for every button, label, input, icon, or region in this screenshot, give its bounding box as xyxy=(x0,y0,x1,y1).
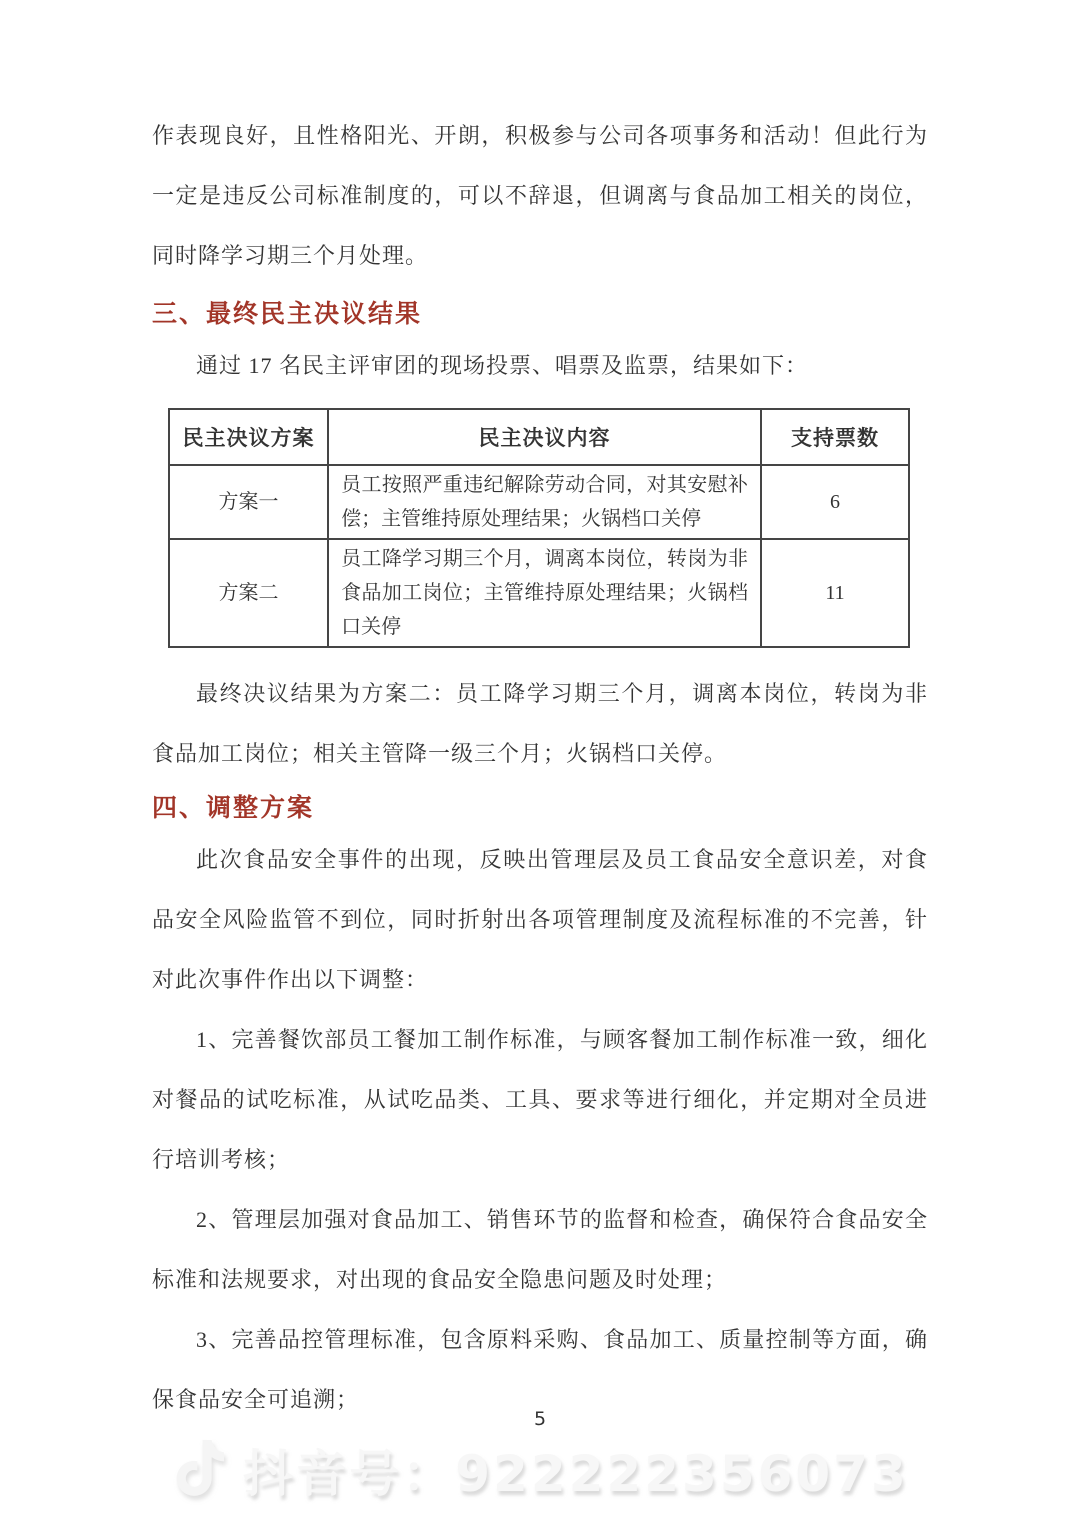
table-row: 方案一 员工按照严重违纪解除劳动合同，对其安慰补偿；主管维持原处理结果；火锅档口… xyxy=(169,465,909,539)
plan-1-content: 员工按照严重违纪解除劳动合同，对其安慰补偿；主管维持原处理结果；火锅档口关停 xyxy=(328,465,761,539)
document-content: 作表现良好，且性格阳光、开朗，积极参与公司各项事务和活动！但此行为一定是违反公司… xyxy=(0,0,1080,1430)
document-page: 作表现良好，且性格阳光、开朗，积极参与公司各项事务和活动！但此行为一定是违反公司… xyxy=(0,0,1080,1528)
section-3-result: 最终决议结果为方案二：员工降学习期三个月，调离本岗位，转岗为非食品加工岗位；相关… xyxy=(152,664,928,784)
watermark-text: 抖音号：922222356073 xyxy=(243,1434,908,1506)
decision-table: 民主决议方案 民主决议内容 支持票数 方案一 员工按照严重违纪解除劳动合同，对其… xyxy=(168,408,910,648)
table-header-plan: 民主决议方案 xyxy=(169,409,328,465)
section-4-heading: 四、调整方案 xyxy=(152,788,928,830)
page-number: 5 xyxy=(0,1408,1080,1430)
plan-1-name: 方案一 xyxy=(169,465,328,539)
watermark: 抖音号：922222356073 xyxy=(0,1434,1080,1506)
plan-2-votes: 11 xyxy=(761,539,909,647)
table-header-row: 民主决议方案 民主决议内容 支持票数 xyxy=(169,409,909,465)
intro-paragraph: 作表现良好，且性格阳光、开朗，积极参与公司各项事务和活动！但此行为一定是违反公司… xyxy=(152,106,928,286)
section-3-lead: 通过 17 名民主评审团的现场投票、唱票及监票，结果如下： xyxy=(152,336,928,396)
plan-2-content: 员工降学习期三个月，调离本岗位，转岗为非食品加工岗位；主管维持原处理结果；火锅档… xyxy=(328,539,761,647)
douyin-note-icon xyxy=(171,1439,225,1501)
adjustment-item-2: 2、管理层加强对食品加工、销售环节的监督和检查，确保符合食品安全标准和法规要求，… xyxy=(152,1190,928,1310)
plan-2-name: 方案二 xyxy=(169,539,328,647)
table-row: 方案二 员工降学习期三个月，调离本岗位，转岗为非食品加工岗位；主管维持原处理结果… xyxy=(169,539,909,647)
table-header-content: 民主决议内容 xyxy=(328,409,761,465)
plan-1-votes: 6 xyxy=(761,465,909,539)
table-header-votes: 支持票数 xyxy=(761,409,909,465)
section-3-heading: 三、最终民主决议结果 xyxy=(152,294,928,336)
adjustment-item-1: 1、完善餐饮部员工餐加工制作标准，与顾客餐加工制作标准一致，细化对餐品的试吃标准… xyxy=(152,1010,928,1190)
section-4-lead: 此次食品安全事件的出现，反映出管理层及员工食品安全意识差，对食品安全风险监管不到… xyxy=(152,830,928,1010)
